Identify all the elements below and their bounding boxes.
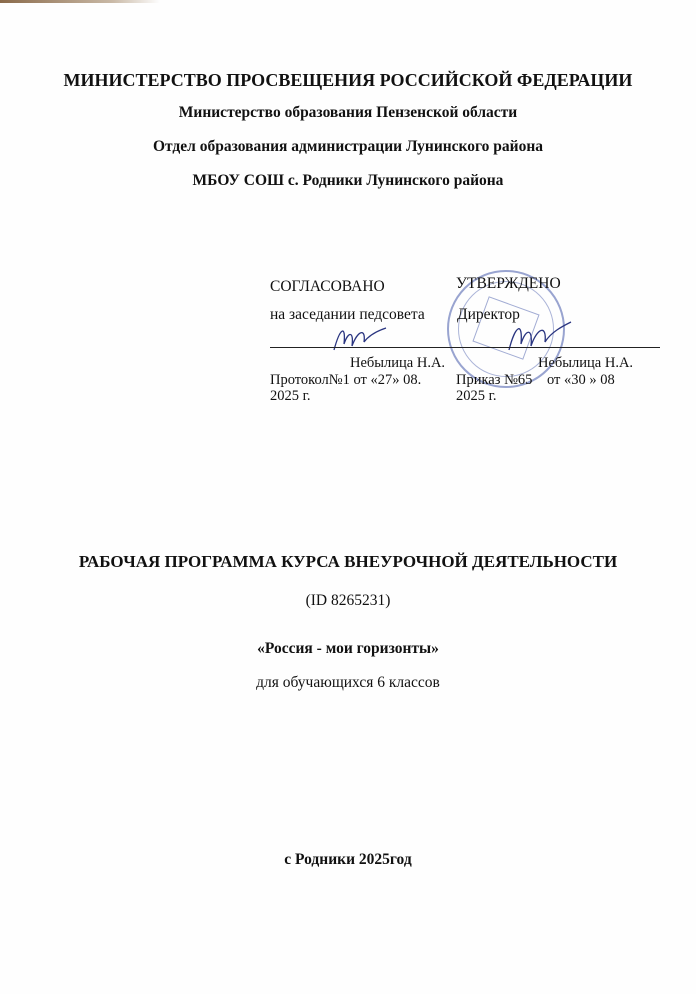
program-title: РАБОЧАЯ ПРОГРАММА КУРСА ВНЕУРОЧНОЙ ДЕЯТЕ… [0,552,696,572]
order-date: от «30 » 08 [547,372,615,389]
audience: для обучающихся 6 классов [0,674,696,692]
scan-edge [0,0,160,3]
protocol: Протокол№1 от «27» 08. [270,372,421,389]
course-name: «Россия - мои горизонты» [0,640,696,658]
approved-year: 2025 г. [456,388,497,405]
signature-left [330,322,390,356]
signature-right [505,318,575,358]
signature-line [270,347,660,348]
regional-ministry: Министерство образования Пензенской обла… [0,104,696,122]
agreed-title: СОГЛАСОВАНО [270,278,385,296]
program-id: (ID 8265231) [0,592,696,610]
order-number: Приказ №65 [456,372,532,389]
agreed-year: 2025 г. [270,388,311,405]
school-name: МБОУ СОШ с. Родники Лунинского района [0,172,696,190]
place-year: с Родники 2025год [0,851,696,869]
approved-title: УТВЕРЖДЕНО [456,275,561,293]
agreed-name: Небылица Н.А. [350,355,445,372]
education-department: Отдел образования администрации Лунинско… [0,138,696,156]
ministry-title: МИНИСТЕРСТВО ПРОСВЕЩЕНИЯ РОССИЙСКОЙ ФЕДЕ… [0,70,696,91]
approved-name: Небылица Н.А. [538,355,633,372]
